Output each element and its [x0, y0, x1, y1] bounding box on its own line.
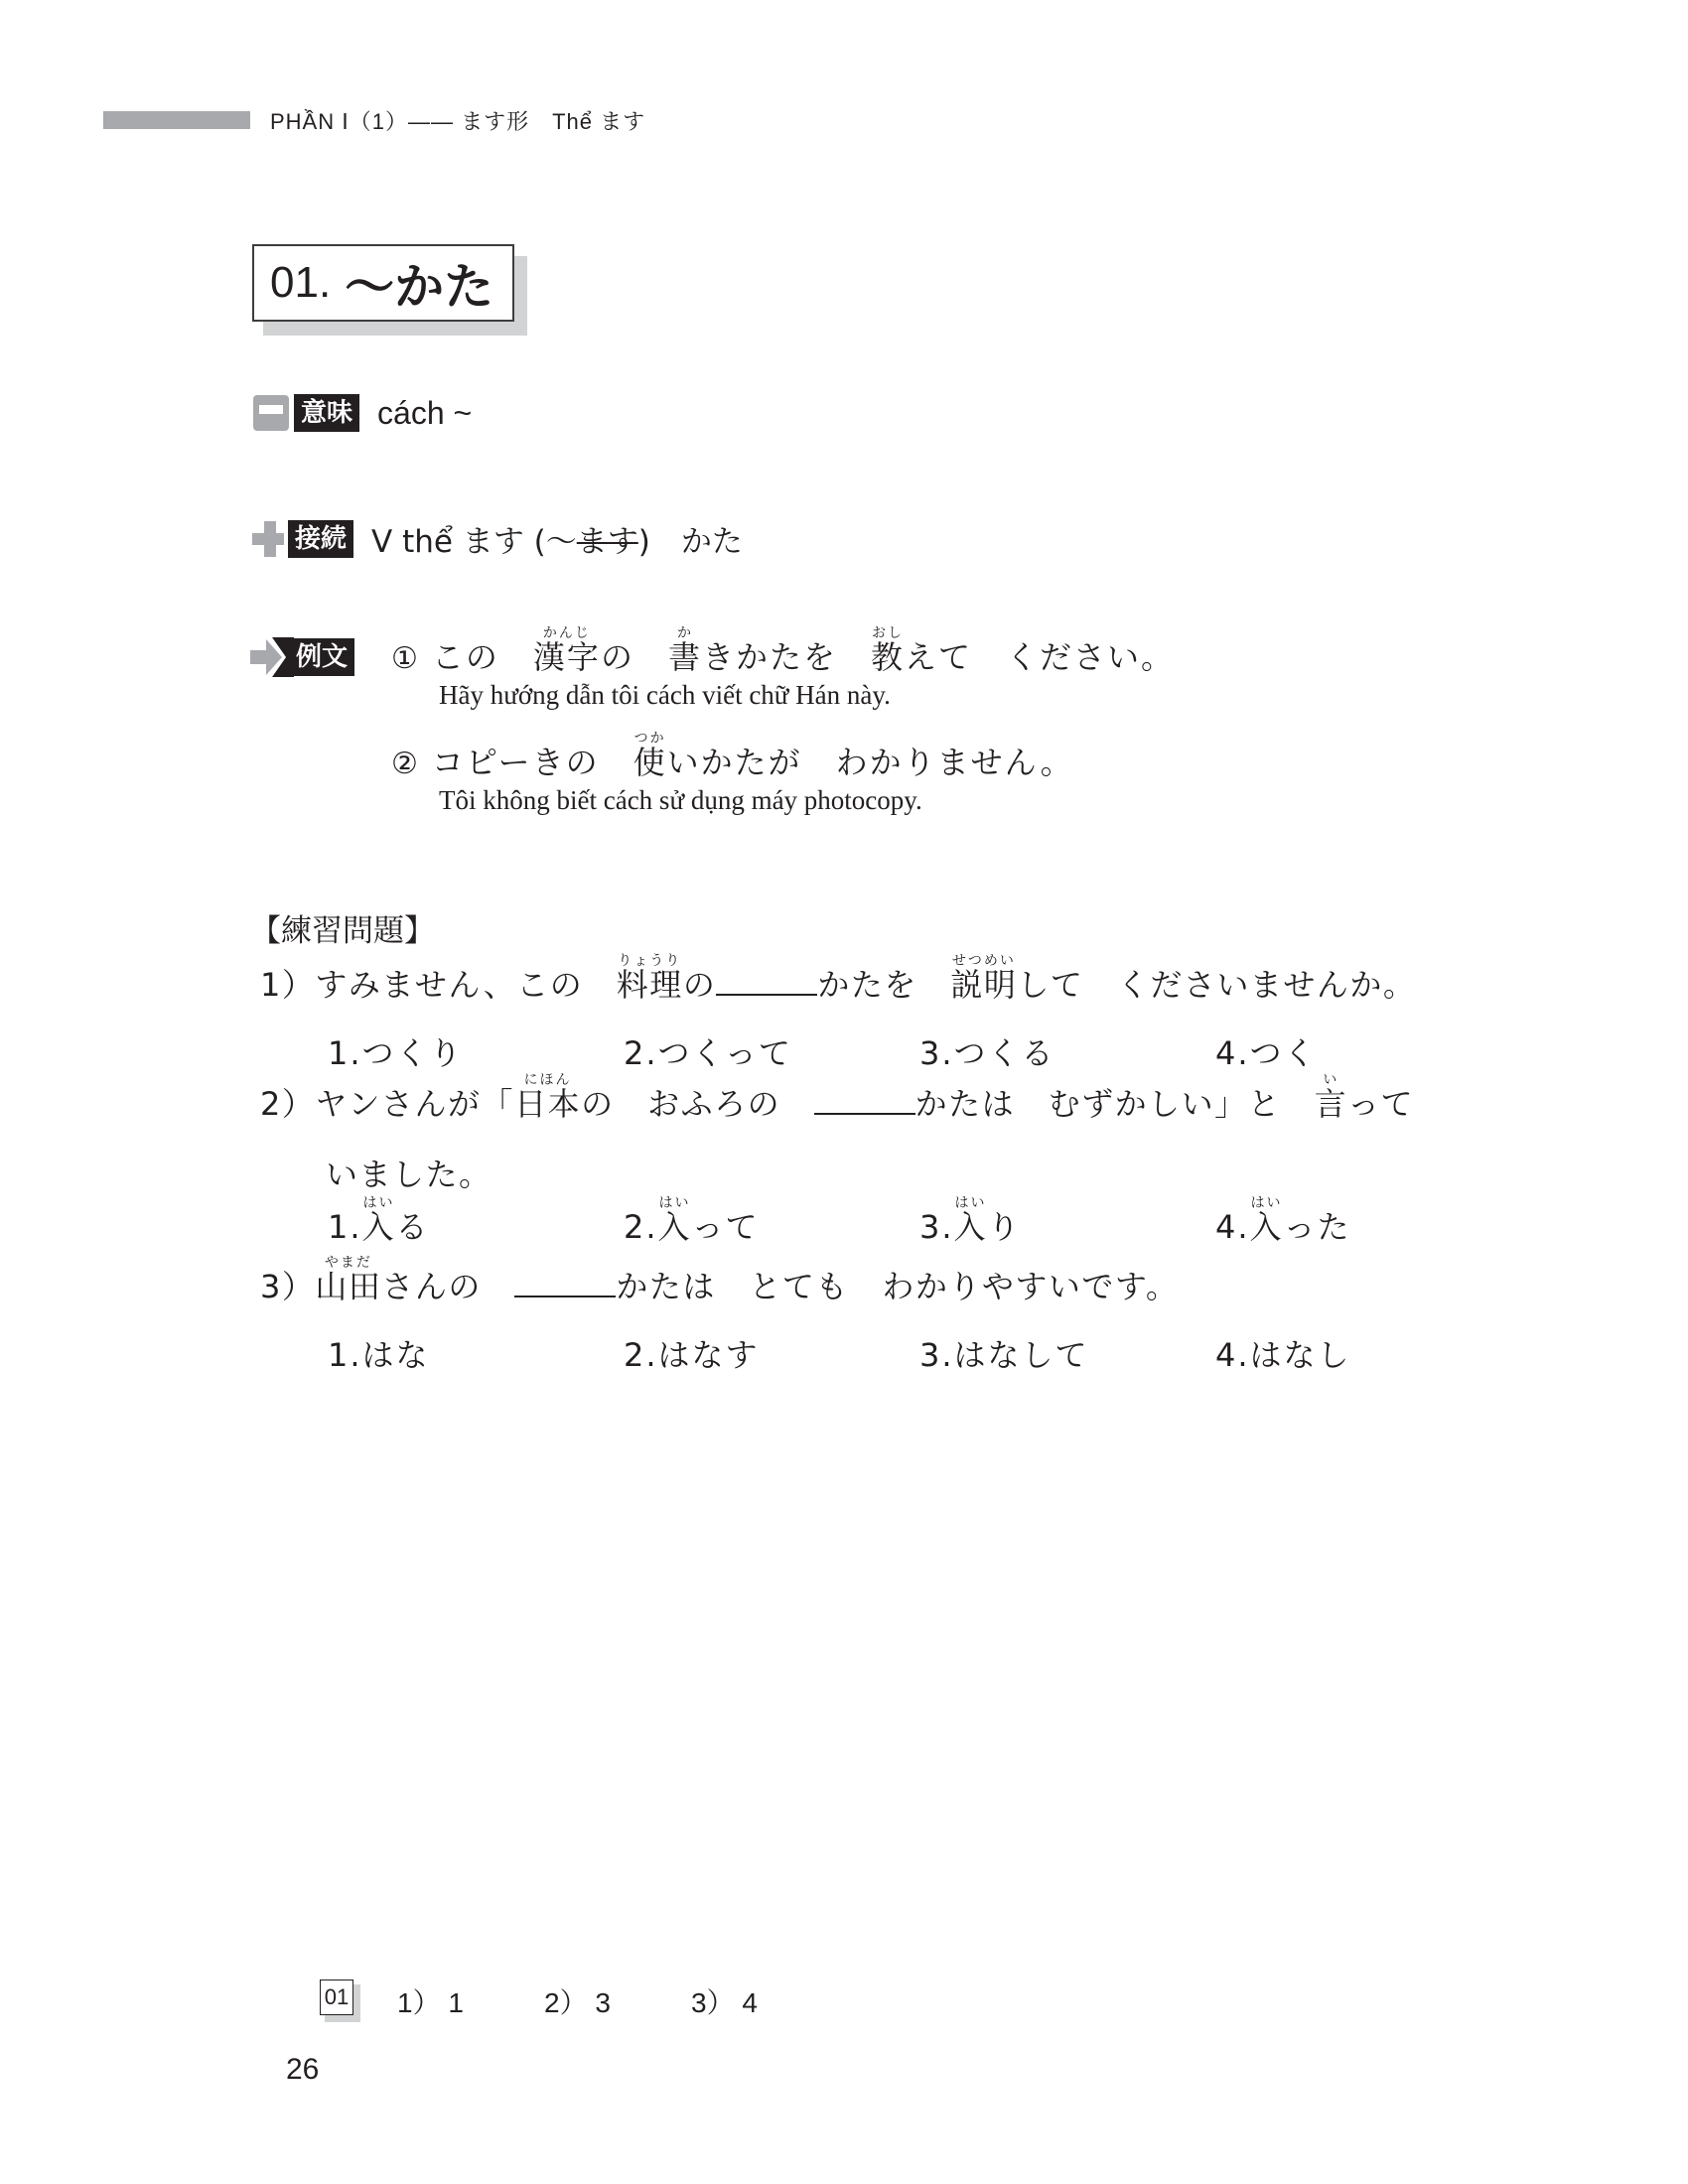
book-icon [252, 394, 290, 432]
answer-3: 3） 4 [691, 1981, 758, 2021]
connection-row: 接続 V thể ます (～ます) かた [252, 516, 743, 561]
ruby-word: 書か [668, 638, 702, 676]
exercises-title: 【練習問題】 [250, 905, 435, 950]
ruby-word: 使つか [633, 744, 667, 781]
page-number: 26 [286, 2053, 319, 2087]
question-2-continuation: いました。 [326, 1150, 492, 1195]
question-1: 1）すみません、この 料理りょうりのかたを 説明せつめいして くださいませんか。 [260, 953, 1416, 1006]
option[interactable]: 1.つくり [328, 1028, 624, 1074]
example-2: ②コピーきの 使つかいかたが わかりません。 Tôi không biết cá… [391, 731, 1074, 816]
connection-text: V thể ます (～ます) かた [371, 516, 743, 561]
option[interactable]: 4.つく [1215, 1028, 1511, 1074]
meaning-text: cách ~ [377, 395, 472, 432]
examples-label-row: 例文 [250, 637, 354, 677]
example-sentence: ①この 漢字かんじの 書かきかたを 教おしえて ください。 [391, 625, 1175, 678]
answer-blank [514, 1270, 616, 1297]
question-2-options: 1.入はいる 2.入はいって 3.入はいり 4.入はいった [328, 1195, 1511, 1248]
answer-blank [814, 1087, 915, 1115]
answer-blank [716, 968, 817, 996]
example-marker: ② [391, 747, 418, 781]
example-1: ①この 漢字かんじの 書かきかたを 教おしえて ください。 Hãy hướng … [391, 625, 1175, 711]
question-1-options: 1.つくり 2.つくって 3.つくる 4.つく [328, 1028, 1511, 1074]
connection-struck: ます [577, 524, 638, 560]
grammar-title: 01. ～かた [252, 244, 514, 322]
example-translation: Hãy hướng dẫn tôi cách viết chữ Hán này. [439, 680, 1175, 711]
question-3-options: 1.はな 2.はなす 3.はなして 4.はなし [328, 1330, 1511, 1376]
question-2: 2）ヤンさんが「日本にほんの おふろの かたは むずかしい」と 言いって [260, 1072, 1414, 1125]
title-number: 01. [270, 258, 331, 308]
answer-1: 1） 1 [397, 1981, 464, 2021]
ruby-word: 言い [1315, 1085, 1348, 1123]
option[interactable]: 4.はなし [1215, 1330, 1511, 1376]
example-sentence: ②コピーきの 使つかいかたが わかりません。 [391, 731, 1074, 783]
option[interactable]: 4.入はいった [1215, 1195, 1511, 1248]
option[interactable]: 2.はなす [624, 1330, 919, 1376]
examples-label: 例文 [294, 638, 354, 676]
option[interactable]: 1.はな [328, 1330, 624, 1376]
example-marker: ① [391, 641, 418, 676]
arrow-right-icon [250, 637, 294, 677]
option[interactable]: 3.入はいり [919, 1195, 1215, 1248]
meaning-label: 意味 [294, 394, 359, 432]
plus-icon [252, 520, 288, 558]
option[interactable]: 2.つくって [624, 1028, 919, 1074]
answer-key-section: 01 [320, 1979, 353, 2015]
ruby-word: 説明せつめい [950, 966, 1017, 1004]
meaning-row: 意味 cách ~ [252, 394, 472, 432]
option[interactable]: 3.はなして [919, 1330, 1215, 1376]
ruby-word: 漢字かんじ [533, 638, 601, 676]
connection-prefix: V thể ます (～ [371, 524, 577, 560]
option[interactable]: 3.つくる [919, 1028, 1215, 1074]
question-3: 3）山田やまださんの かたは とても わかりやすいです。 [260, 1255, 1179, 1307]
running-header: PHẦN Ⅰ（1）—— ます形 Thể ます [270, 105, 645, 136]
header-bar [103, 111, 250, 129]
example-translation: Tôi không biết cách sử dụng máy photocop… [439, 785, 1074, 816]
ruby-word: 山田やまだ [315, 1268, 381, 1305]
ruby-word: 教おし [871, 638, 905, 676]
answer-2: 2） 3 [544, 1981, 611, 2021]
ruby-word: 料理りょうり [617, 966, 683, 1004]
title-grammar: ～かた [345, 247, 493, 319]
option[interactable]: 1.入はいる [328, 1195, 624, 1248]
connection-label: 接続 [284, 520, 353, 558]
option[interactable]: 2.入はいって [624, 1195, 919, 1248]
connection-suffix: ) かた [638, 524, 743, 560]
ruby-word: 日本にほん [514, 1085, 581, 1123]
